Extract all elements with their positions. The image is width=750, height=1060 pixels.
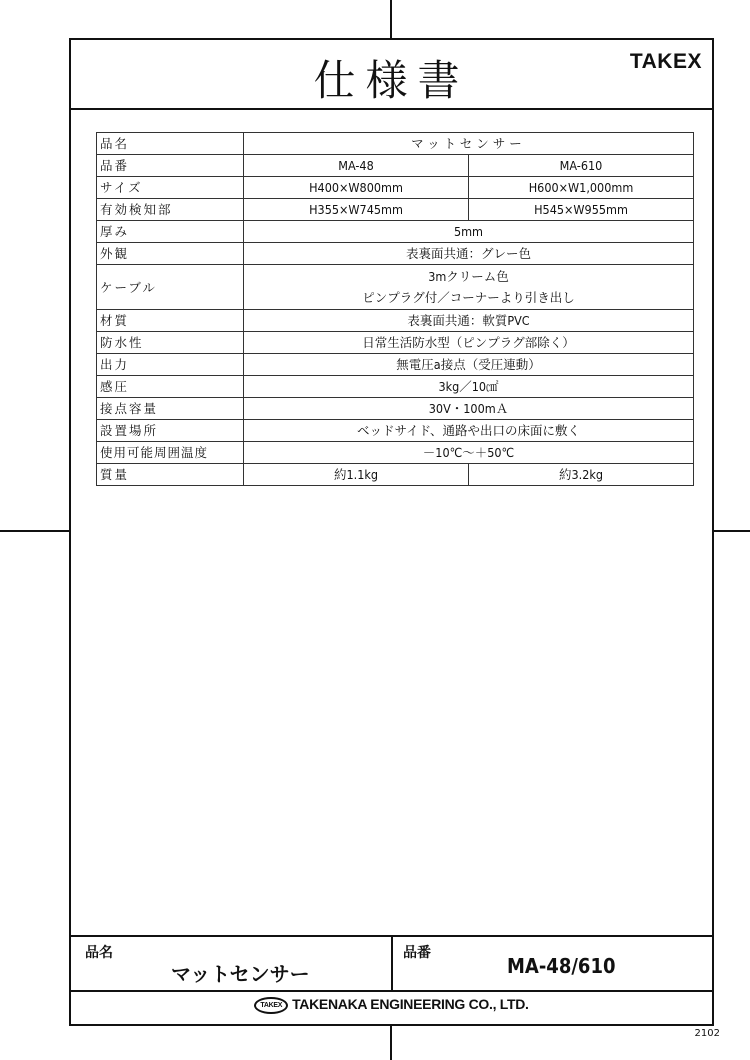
- row-label: 品番: [97, 155, 244, 177]
- document-code: 2102: [695, 1028, 720, 1039]
- table-row: 厚み 5mm: [97, 221, 694, 243]
- row-value: 5mm: [244, 221, 694, 243]
- table-row: サイズ H400×W800mm H600×W1,000mm: [97, 177, 694, 199]
- crop-mark-right: [712, 530, 750, 532]
- row-label: 外観: [97, 243, 244, 265]
- row-value: 約3.2kg: [469, 464, 694, 486]
- row-value: 無電圧a接点（受圧連動）: [244, 354, 694, 376]
- row-label: 厚み: [97, 221, 244, 243]
- row-value: MA-610: [469, 155, 694, 177]
- table-row: 防水性 日常生活防水型（ピンプラグ部除く）: [97, 332, 694, 354]
- brand-logo: TAKEX: [630, 50, 702, 74]
- row-value: 表裏面共通：グレー色: [244, 243, 694, 265]
- row-label: 質量: [97, 464, 244, 486]
- row-value: －10℃～＋50℃: [244, 442, 694, 464]
- row-label: 使用可能周囲温度: [97, 442, 244, 464]
- row-value: 30V・100mＡ: [244, 398, 694, 420]
- crop-mark-bottom: [390, 1024, 392, 1060]
- row-value: 表裏面共通：軟質PVC: [244, 310, 694, 332]
- table-row: 外観 表裏面共通：グレー色: [97, 243, 694, 265]
- footer-column-divider: [391, 935, 393, 991]
- company-banner: TAKEXTAKENAKA ENGINEERING CO., LTD.: [71, 996, 712, 1014]
- spec-sheet-frame: 仕様書 TAKEX 品名 マットセンサー 品番 MA-48 MA-610 サイズ…: [69, 38, 714, 1026]
- crop-mark-left: [0, 530, 69, 532]
- table-row: 接点容量 30V・100mＡ: [97, 398, 694, 420]
- row-value: マットセンサー: [244, 133, 694, 155]
- spec-table: 品名 マットセンサー 品番 MA-48 MA-610 サイズ H400×W800…: [96, 132, 694, 486]
- row-label: 接点容量: [97, 398, 244, 420]
- footer-name-value: マットセンサー: [171, 958, 310, 987]
- row-label: 材質: [97, 310, 244, 332]
- row-label: 感圧: [97, 376, 244, 398]
- takex-oval-logo-icon: TAKEX: [254, 997, 288, 1014]
- table-row: 品番 MA-48 MA-610: [97, 155, 694, 177]
- table-row: 使用可能周囲温度 －10℃～＋50℃: [97, 442, 694, 464]
- row-value: H600×W1,000mm: [469, 177, 694, 199]
- table-row: 品名 マットセンサー: [97, 133, 694, 155]
- row-label: 品名: [97, 133, 244, 155]
- header-divider: [71, 108, 712, 110]
- row-label: ケーブル: [97, 265, 244, 310]
- footer-number-label: 品番: [403, 942, 431, 962]
- table-row: 感圧 3kg／10㎠: [97, 376, 694, 398]
- page-title: 仕様書: [71, 48, 712, 108]
- footer-number-value: MA-48/610: [507, 954, 615, 978]
- table-row: 有効検知部 H355×W745mm H545×W955mm: [97, 199, 694, 221]
- row-value: 約1.1kg: [244, 464, 469, 486]
- row-label: 防水性: [97, 332, 244, 354]
- row-value: 日常生活防水型（ピンプラグ部除く）: [244, 332, 694, 354]
- row-value: 3kg／10㎠: [244, 376, 694, 398]
- cable-line-2: ピンプラグ付／コーナーより引き出し: [247, 287, 690, 308]
- company-name: TAKENAKA ENGINEERING CO., LTD.: [292, 996, 529, 1012]
- table-row: 出力 無電圧a接点（受圧連動）: [97, 354, 694, 376]
- row-value: MA-48: [244, 155, 469, 177]
- table-row: 質量 約1.1kg 約3.2kg: [97, 464, 694, 486]
- row-label: 有効検知部: [97, 199, 244, 221]
- row-value: H355×W745mm: [244, 199, 469, 221]
- row-value: 3mクリーム色 ピンプラグ付／コーナーより引き出し: [244, 265, 694, 310]
- footer-company-divider: [71, 990, 712, 992]
- row-label: 出力: [97, 354, 244, 376]
- footer-name-label: 品名: [85, 942, 113, 962]
- table-row: ケーブル 3mクリーム色 ピンプラグ付／コーナーより引き出し: [97, 265, 694, 310]
- row-value: H545×W955mm: [469, 199, 694, 221]
- table-row: 設置場所 ベッドサイド、通路や出口の床面に敷く: [97, 420, 694, 442]
- table-row: 材質 表裏面共通：軟質PVC: [97, 310, 694, 332]
- crop-mark-top: [390, 0, 392, 38]
- row-value: H400×W800mm: [244, 177, 469, 199]
- row-label: 設置場所: [97, 420, 244, 442]
- cable-line-1: 3mクリーム色: [247, 266, 690, 287]
- row-label: サイズ: [97, 177, 244, 199]
- row-value: ベッドサイド、通路や出口の床面に敷く: [244, 420, 694, 442]
